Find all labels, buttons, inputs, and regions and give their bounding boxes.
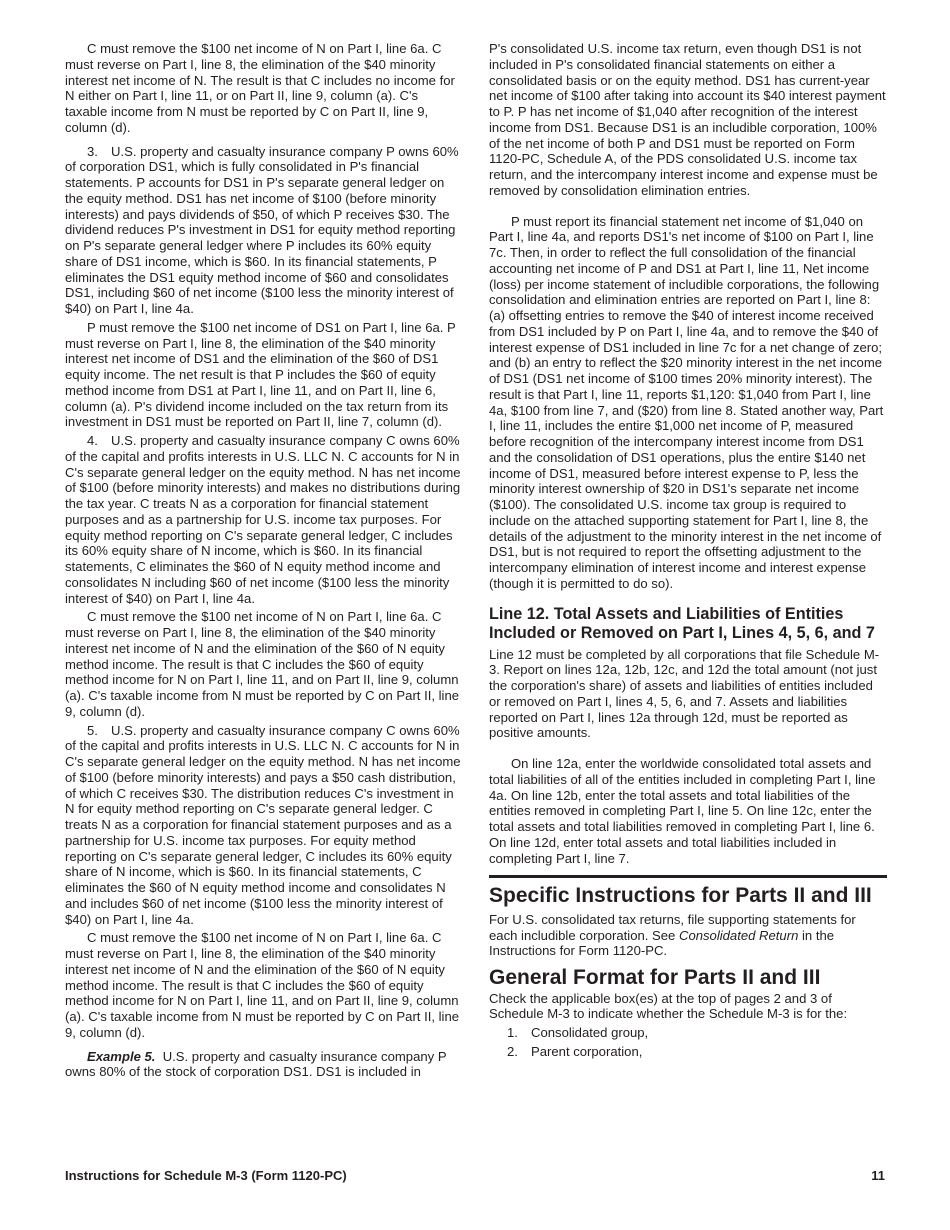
paragraph-c-remove-n-4: C must remove the $100 net income of N o… xyxy=(65,609,463,719)
paragraph-example5-continued: P's consolidated U.S. income tax return,… xyxy=(489,41,887,199)
list-item: 1.Consolidated group, xyxy=(507,1025,887,1041)
general-format-heading: General Format for Parts II and III xyxy=(489,965,887,991)
example-label: Example 5. xyxy=(87,1049,155,1064)
item-text: U.S. property and casualty insurance com… xyxy=(65,723,461,927)
item-text: U.S. property and casualty insurance com… xyxy=(65,144,459,317)
right-column: P's consolidated U.S. income tax return,… xyxy=(489,41,887,1064)
paragraph-p-must-report: P must report its financial statement ne… xyxy=(489,214,887,592)
example-item-4: 4.U.S. property and casualty insurance c… xyxy=(65,433,463,606)
specific-instructions-heading: Specific Instructions for Parts II and I… xyxy=(489,883,887,909)
list-item: 2.Parent corporation, xyxy=(507,1044,887,1060)
left-column: C must remove the $100 net income of N o… xyxy=(65,41,463,1080)
line12-paragraph-1: Line 12 must be completed by all corpora… xyxy=(489,647,887,742)
paragraph-p-remove-ds1: P must remove the $100 net income of DS1… xyxy=(65,320,463,430)
paragraph-c-remove-n-5: C must remove the $100 net income of N o… xyxy=(65,930,463,1040)
general-format-paragraph: Check the applicable box(es) at the top … xyxy=(489,991,887,1023)
item-number: 4. xyxy=(87,433,111,449)
consolidated-return-reference: Consolidated Return xyxy=(679,928,798,943)
specific-instructions-paragraph: For U.S. consolidated tax returns, file … xyxy=(489,912,887,959)
list-number: 1. xyxy=(507,1025,531,1041)
line12-paragraph-2: On line 12a, enter the worldwide consoli… xyxy=(489,756,887,866)
paragraph-c-remove-no-income: C must remove the $100 net income of N o… xyxy=(65,41,463,136)
footer-title: Instructions for Schedule M-3 (Form 1120… xyxy=(65,1168,347,1183)
example-5-paragraph: Example 5. U.S. property and casualty in… xyxy=(65,1049,463,1081)
list-number: 2. xyxy=(507,1044,531,1060)
schedule-type-list: 1.Consolidated group, 2.Parent corporati… xyxy=(489,1025,887,1060)
section-divider xyxy=(489,875,887,878)
page-number: 11 xyxy=(871,1168,885,1183)
item-text: U.S. property and casualty insurance com… xyxy=(65,433,461,606)
line12-heading: Line 12. Total Assets and Liabilities of… xyxy=(489,605,887,644)
example-item-3: 3.U.S. property and casualty insurance c… xyxy=(65,144,463,317)
list-text: Consolidated group, xyxy=(531,1025,648,1040)
item-number: 3. xyxy=(87,144,111,160)
list-text: Parent corporation, xyxy=(531,1044,642,1059)
item-number: 5. xyxy=(87,723,111,739)
example-item-5: 5.U.S. property and casualty insurance c… xyxy=(65,723,463,928)
